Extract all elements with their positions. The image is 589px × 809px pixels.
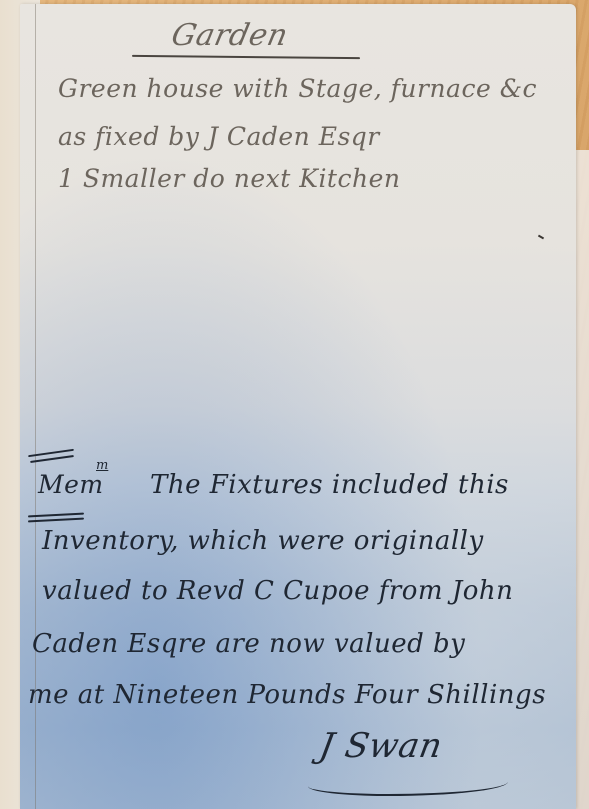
photo-stage: Garden Green house with Stage, furnace &… <box>0 0 589 809</box>
inventory-line-2: as fixed by J Caden Esqr <box>58 122 380 151</box>
memo-line-1: The Fixtures included this <box>150 470 509 500</box>
manuscript-page: Garden Green house with Stage, furnace &… <box>20 4 576 809</box>
memo-line-4: Caden Esqre are now valued by <box>32 629 465 659</box>
memo-line-3: valued to Revd C Cupoe from John <box>42 576 513 606</box>
memo-line-5: me at Nineteen Pounds Four Shillings <box>28 680 546 710</box>
heading-underline <box>132 55 360 59</box>
memo-label: Mem <box>38 470 104 499</box>
memo-rule-bottom-2 <box>28 518 84 523</box>
signature: J Swan <box>316 726 445 766</box>
inventory-line-3: 1 Smaller do next Kitchen <box>58 164 400 193</box>
memo-rule-top-2 <box>30 455 74 463</box>
section-heading: Garden <box>168 18 291 53</box>
inventory-line-1: Green house with Stage, furnace &c <box>58 74 537 103</box>
signature-flourish <box>308 772 508 796</box>
memo-line-2: Inventory, which were originally <box>42 526 484 556</box>
memo-superscript: m <box>96 458 108 473</box>
ink-speck <box>538 235 544 240</box>
memo-rule-bottom-1 <box>28 513 84 518</box>
